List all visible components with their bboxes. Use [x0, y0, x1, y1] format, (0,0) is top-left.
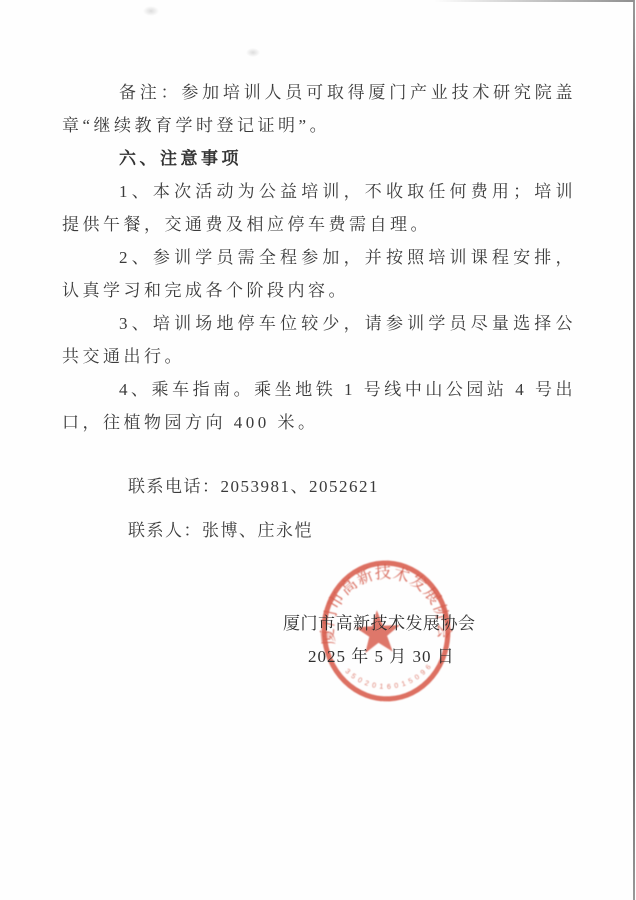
signature-organization: 厦门市高新技术发展协会 — [283, 609, 476, 634]
notice-item-2: 2、参训学员需全程参加，并按照培训课程安排，认真学习和完成各个阶段内容。 — [62, 241, 576, 307]
notice-item-4: 4、乘车指南。乘坐地铁 1 号线中山公园站 4 号出口，往植物园方向 400 米… — [62, 373, 576, 439]
scanned-document-page: 备注：参加培训人员可取得厦门产业技术研究院盖章“继续教育学时登记证明”。 六、注… — [0, 0, 636, 900]
note-paragraph: 备注：参加培训人员可取得厦门产业技术研究院盖章“继续教育学时登记证明”。 — [62, 76, 576, 142]
notice-item-1: 1、本次活动为公益培训，不收取任何费用；培训提供午餐，交通费及相应停车费需自理。 — [62, 175, 576, 241]
signature-date: 2025 年 5 月 30 日 — [308, 642, 455, 667]
contact-phone-line: 联系电话：2053981、2052621 — [62, 470, 576, 503]
contact-person-line: 联系人：张博、庄永恺 — [62, 514, 576, 547]
notice-item-3: 3、培训场地停车位较少，请参训学员尽量选择公共交通出行。 — [62, 307, 576, 373]
section-heading: 六、注意事项 — [62, 142, 576, 175]
document-body: 备注：参加培训人员可取得厦门产业技术研究院盖章“继续教育学时登记证明”。 六、注… — [0, 0, 636, 547]
